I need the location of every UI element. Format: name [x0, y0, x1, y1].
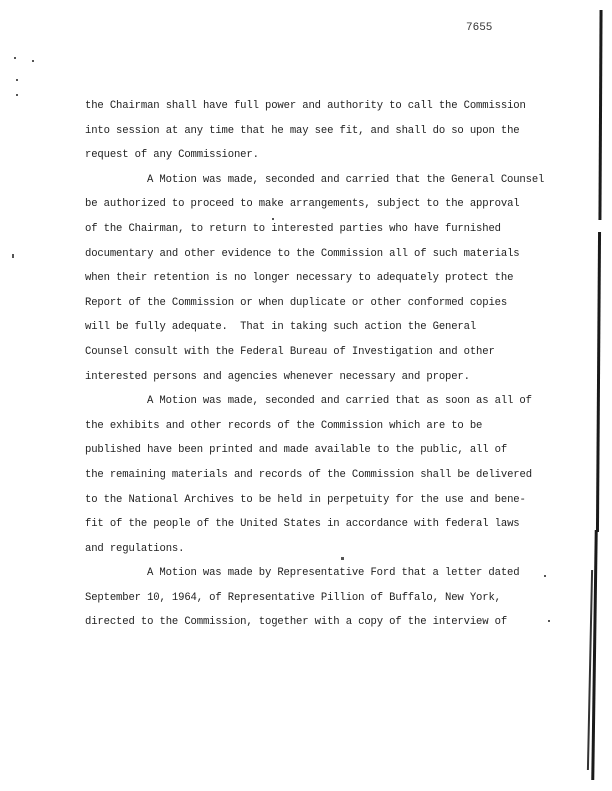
paragraph-motion-return-materials: A Motion was made, seconded and carried … — [85, 168, 525, 389]
text-line: be authorized to proceed to make arrange… — [85, 192, 525, 217]
paragraph-motion-national-archives: A Motion was made, seconded and carried … — [85, 389, 525, 561]
text-line: Counsel consult with the Federal Bureau … — [85, 340, 525, 365]
text-line: the remaining materials and records of t… — [85, 463, 525, 488]
paragraph-continuation: the Chairman shall have full power and a… — [85, 94, 525, 168]
text-line: fit of the people of the United States i… — [85, 512, 525, 537]
text-line: interested persons and agencies whenever… — [85, 365, 525, 390]
text-line: directed to the Commission, together wit… — [85, 610, 525, 635]
scan-speck — [341, 557, 344, 560]
text-line: the exhibits and other records of the Co… — [85, 414, 525, 439]
scan-speck — [12, 254, 14, 258]
text-line: the Chairman shall have full power and a… — [85, 94, 525, 119]
scan-border-line — [596, 232, 601, 532]
scan-speck — [32, 60, 34, 62]
scan-speck — [16, 94, 18, 96]
text-line: to the National Archives to be held in p… — [85, 488, 525, 513]
text-line: request of any Commissioner. — [85, 143, 525, 168]
scan-speck — [272, 218, 274, 220]
text-line: when their retention is no longer necess… — [85, 266, 525, 291]
text-line: of the Chairman, to return to interested… — [85, 217, 525, 242]
scan-speck — [16, 79, 18, 81]
text-line: will be fully adequate. That in taking s… — [85, 315, 525, 340]
scan-border-line — [591, 530, 597, 780]
text-line: A Motion was made, seconded and carried … — [85, 168, 525, 193]
scan-speck — [544, 575, 546, 577]
scan-speck — [14, 57, 16, 59]
text-line: published have been printed and made ava… — [85, 438, 525, 463]
text-line: Report of the Commission or when duplica… — [85, 291, 525, 316]
text-line: A Motion was made by Representative Ford… — [85, 561, 525, 586]
text-line: A Motion was made, seconded and carried … — [85, 389, 525, 414]
text-line: documentary and other evidence to the Co… — [85, 242, 525, 267]
text-line: September 10, 1964, of Representative Pi… — [85, 586, 525, 611]
page-number: 7655 — [466, 22, 492, 34]
document-body: the Chairman shall have full power and a… — [85, 94, 525, 635]
text-line: and regulations. — [85, 537, 525, 562]
paragraph-motion-ford-letter: A Motion was made by Representative Ford… — [85, 561, 525, 635]
scan-speck — [548, 620, 550, 622]
text-line: into session at any time that he may see… — [85, 119, 525, 144]
scan-border-line — [598, 10, 602, 220]
